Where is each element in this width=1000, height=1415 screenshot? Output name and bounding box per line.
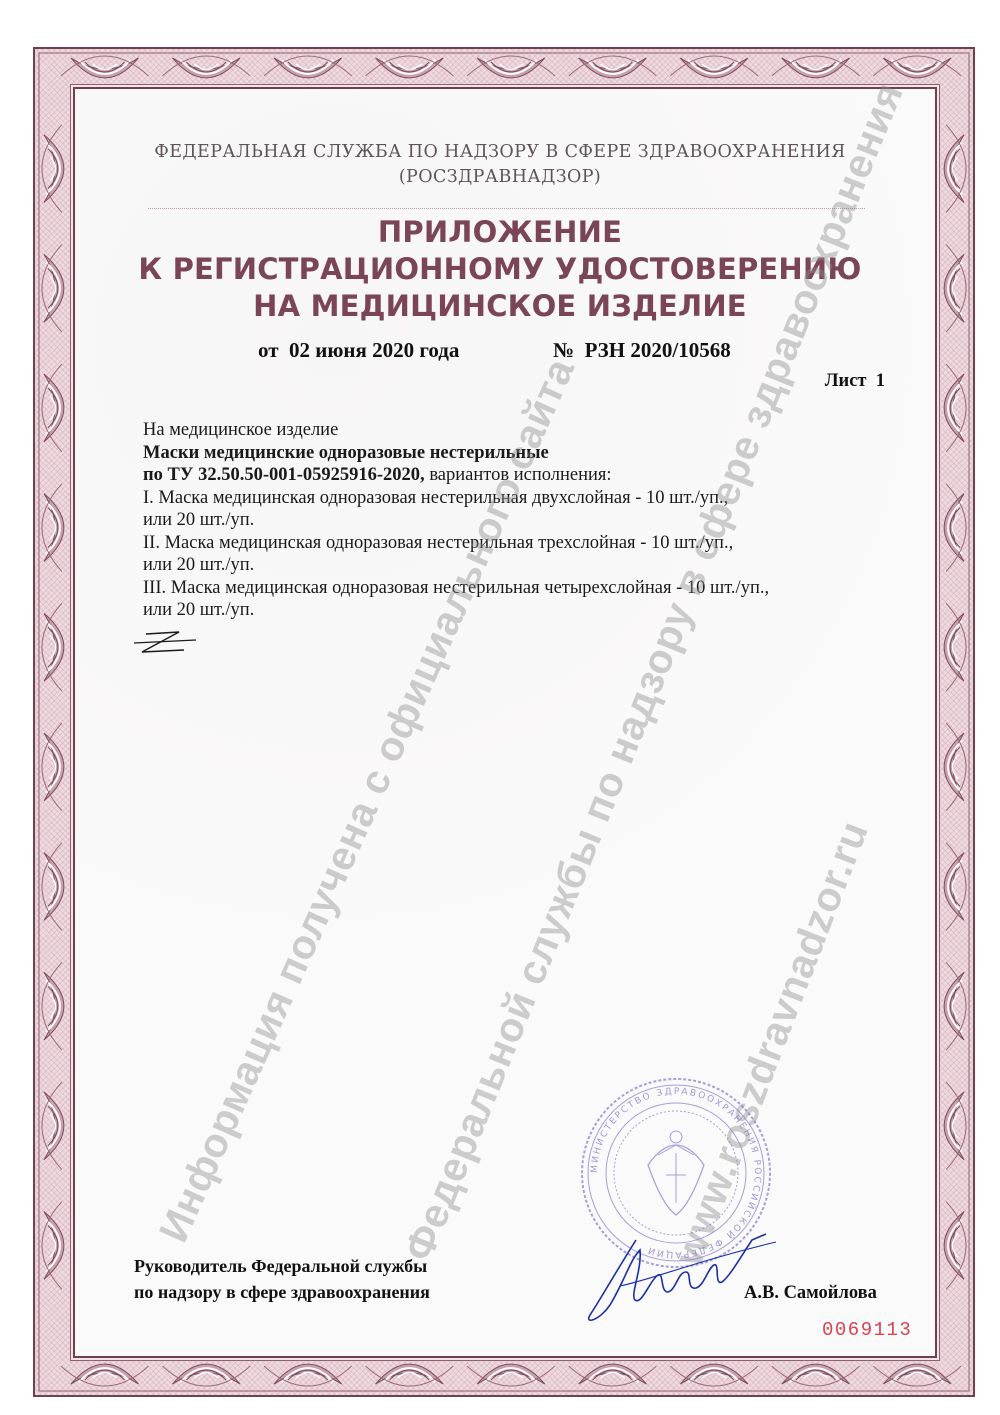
divider: [148, 208, 865, 209]
title-line-3: НА МЕДИЦИНСКОЕ ИЗДЕЛИЕ: [0, 288, 1000, 325]
variant-3-line-1: III. Маска медицинская одноразовая несте…: [143, 577, 863, 600]
sheet-number: Лист 1: [825, 371, 885, 392]
signer-position-line-1: Руководитель Федеральной службы: [134, 1253, 430, 1279]
issue-date: от 02 июня 2020 года: [258, 338, 459, 363]
signer-name: А.В. Самойлова: [744, 1283, 877, 1304]
form-serial-number: 0069113: [822, 1319, 912, 1341]
z-closing-mark-icon: [134, 628, 204, 658]
spec-code: по ТУ 32.50.50-001-05925916-2020,: [143, 465, 425, 485]
signer-position-line-2: по надзору в сфере здравоохранения: [134, 1279, 430, 1305]
variant-3-line-2: или 20 шт./уп.: [143, 599, 863, 622]
signer-position: Руководитель Федеральной службы по надзо…: [134, 1253, 430, 1305]
registration-number: № РЗН 2020/10568: [553, 338, 731, 363]
handwritten-signature-icon: [580, 1220, 780, 1330]
title-line-2: К РЕГИСТРАЦИОННОМУ УДОСТОВЕРЕНИЮ: [0, 251, 1000, 288]
variant-2-line-2: или 20 шт./уп.: [143, 554, 863, 577]
